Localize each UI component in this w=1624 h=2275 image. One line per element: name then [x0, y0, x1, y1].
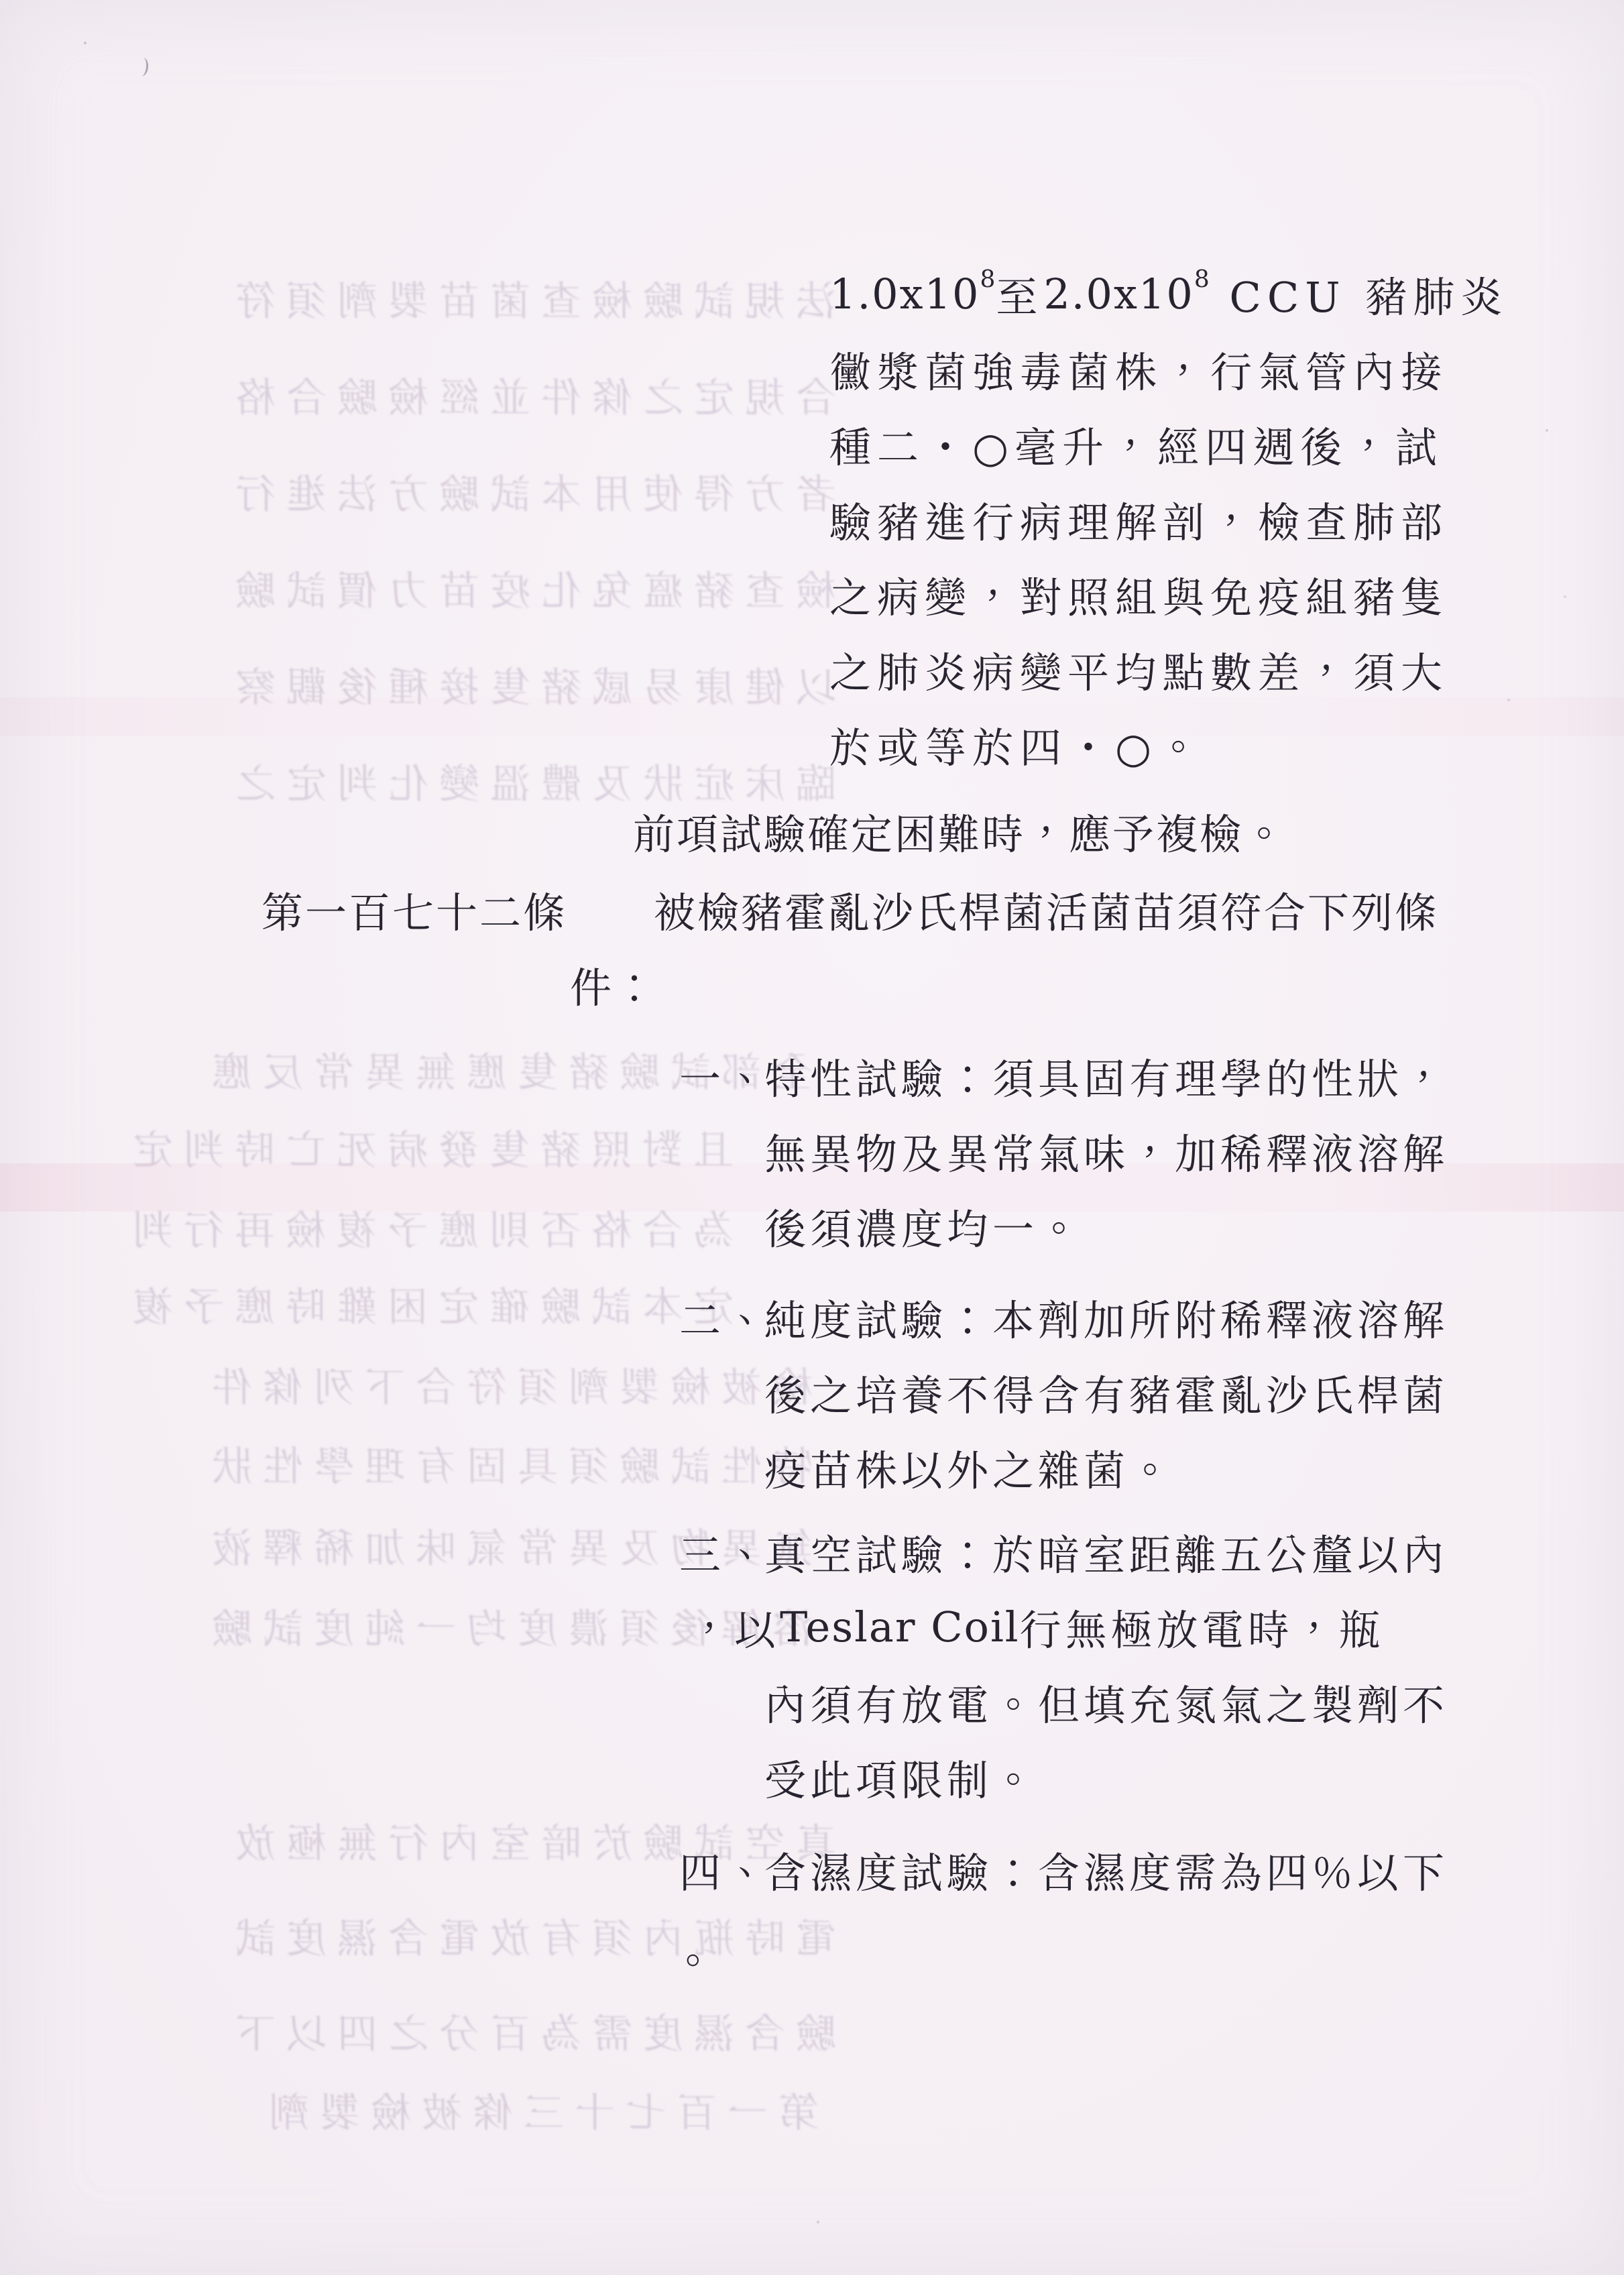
- text-line: 前項試驗確定困難時，應予複檢。: [633, 793, 1287, 868]
- text-line: 後須濃度均一。: [679, 1188, 1448, 1263]
- scanned-document-page: 法規試驗檢查菌苗製劑須符合規定之條件並經檢驗合格者方得使用本試驗方法進行檢查豬瘟…: [0, 0, 1624, 2275]
- text-line: 驗豬進行病理解剖，檢查肺部: [829, 481, 1508, 557]
- text-run: 件：: [570, 955, 657, 1014]
- text-run: 至: [996, 264, 1043, 324]
- text-run: 疫苗株以外之雜菌。: [764, 1438, 1175, 1497]
- text-line: 受此項限制。: [679, 1739, 1448, 1814]
- text-run: 1.0x10: [829, 270, 980, 318]
- text-run: 於或等於四・○。: [829, 715, 1205, 774]
- text-run: 內須有放電。但填充氮氣之製劑不: [764, 1672, 1448, 1732]
- text-line: 黴漿菌強毒菌株，行氣管內接: [829, 331, 1508, 406]
- text-line: 件：: [262, 947, 1438, 1022]
- document-text-layer: 1.0x108至2.0x108 CCU 豬肺炎黴漿菌強毒菌株，行氣管內接種二・○…: [0, 0, 1624, 2275]
- text-run: 黴漿菌強毒菌株，行氣管內接: [829, 339, 1448, 399]
- superscript-exponent: 8: [980, 266, 996, 293]
- text-run: 無異物及異常氣味，加稀釋液溶解: [764, 1121, 1448, 1181]
- text-line: 。: [679, 1907, 1448, 1982]
- indent-spacer: [567, 909, 654, 910]
- indent-spacer: [679, 1392, 764, 1393]
- text-run: 行無極放電時，瓶: [1020, 1597, 1385, 1657]
- condition-item-3-vacuum-test: 三、真空試驗：於暗室距離五公釐以內，以Teslar Coil行無極放電時，瓶內須…: [679, 1514, 1448, 1814]
- text-run: 真空試驗：於暗室距離五公釐以內: [764, 1522, 1448, 1582]
- text-run: CCU 豬肺炎: [1210, 264, 1509, 324]
- list-item-marker: 二、: [679, 1287, 764, 1347]
- text-line: 之病變，對照組與免疫組豬隻: [829, 557, 1508, 632]
- text-line: ，以Teslar Coil行無極放電時，瓶: [679, 1589, 1448, 1664]
- text-run: 之肺炎病變平均點數差，須大: [829, 640, 1448, 699]
- text-run: ，以: [689, 1597, 780, 1657]
- text-line: 之肺炎病變平均點數差，須大: [829, 632, 1508, 707]
- text-run: 被檢豬霍亂沙氏桿菌活菌苗須符合下列條: [654, 880, 1438, 939]
- text-run: Teslar Coil: [780, 1602, 1020, 1651]
- list-item-marker: 四、: [679, 1840, 764, 1900]
- list-item-marker: 三、: [679, 1522, 764, 1582]
- indent-spacer: [262, 984, 570, 985]
- text-line: 無異物及異常氣味，加稀釋液溶解: [679, 1113, 1448, 1188]
- condition-item-4-moisture-test: 四、含濕度試驗：含濕度需為四％以下。: [679, 1832, 1448, 1982]
- text-line: 後之培養不得含有豬霍亂沙氏桿菌: [679, 1354, 1448, 1430]
- intro-paragraph-continuation: 1.0x108至2.0x108 CCU 豬肺炎黴漿菌強毒菌株，行氣管內接種二・○…: [829, 256, 1508, 782]
- text-line: 三、真空試驗：於暗室距離五公釐以內: [679, 1514, 1448, 1589]
- text-run: 之病變，對照組與免疫組豬隻: [829, 565, 1448, 624]
- text-line: 於或等於四・○。: [829, 707, 1508, 782]
- text-run: 特性試驗：須具固有理學的性狀，: [764, 1046, 1448, 1106]
- recheck-sentence: 前項試驗確定困難時，應予複檢。: [633, 793, 1287, 868]
- text-run: 含濕度試驗：含濕度需為四％以下: [764, 1840, 1448, 1900]
- text-line: 種二・○毫升，經四週後，試: [829, 406, 1508, 481]
- text-run: 受此項限制。: [764, 1747, 1038, 1807]
- text-line: 一、特性試驗：須具固有理學的性狀，: [679, 1038, 1448, 1113]
- indent-spacer: [679, 1702, 764, 1702]
- text-run: 後之培養不得含有豬霍亂沙氏桿菌: [764, 1362, 1448, 1422]
- indent-spacer: [679, 1151, 764, 1151]
- text-run: 2.0x10: [1043, 270, 1194, 318]
- text-run: 。: [685, 1915, 731, 1975]
- text-run: 種二・○毫升，經四週後，試: [829, 414, 1443, 474]
- indent-spacer: [679, 1467, 764, 1468]
- text-line: 疫苗株以外之雜菌。: [679, 1430, 1448, 1505]
- indent-spacer: [679, 1777, 764, 1777]
- text-line: 內須有放電。但填充氮氣之製劑不: [679, 1664, 1448, 1739]
- text-line: 第一百七十二條被檢豬霍亂沙氏桿菌活菌苗須符合下列條: [262, 872, 1438, 947]
- text-line: 二、純度試驗：本劑加所附稀釋液溶解: [679, 1279, 1448, 1354]
- article-172: 第一百七十二條被檢豬霍亂沙氏桿菌活菌苗須符合下列條件：: [262, 872, 1438, 1022]
- list-item-marker: 一、: [679, 1046, 764, 1106]
- text-run: 前項試驗確定困難時，應予複檢。: [633, 801, 1287, 861]
- text-run: 純度試驗：本劑加所附稀釋液溶解: [764, 1287, 1448, 1347]
- indent-spacer: [679, 1226, 764, 1226]
- indent-spacer: [679, 1627, 689, 1627]
- superscript-exponent: 8: [1194, 266, 1210, 293]
- text-line: 四、含濕度試驗：含濕度需為四％以下: [679, 1832, 1448, 1907]
- text-run: 第一百七十二條: [262, 880, 567, 939]
- text-line: 1.0x108至2.0x108 CCU 豬肺炎: [829, 256, 1508, 331]
- condition-item-2-purity-test: 二、純度試驗：本劑加所附稀釋液溶解後之培養不得含有豬霍亂沙氏桿菌疫苗株以外之雜菌…: [679, 1279, 1448, 1505]
- text-run: 驗豬進行病理解剖，檢查肺部: [829, 489, 1448, 549]
- indent-spacer: [679, 1944, 685, 1945]
- condition-item-1-characteristics-test: 一、特性試驗：須具固有理學的性狀，無異物及異常氣味，加稀釋液溶解後須濃度均一。: [679, 1038, 1448, 1263]
- text-run: 後須濃度均一。: [764, 1196, 1084, 1256]
